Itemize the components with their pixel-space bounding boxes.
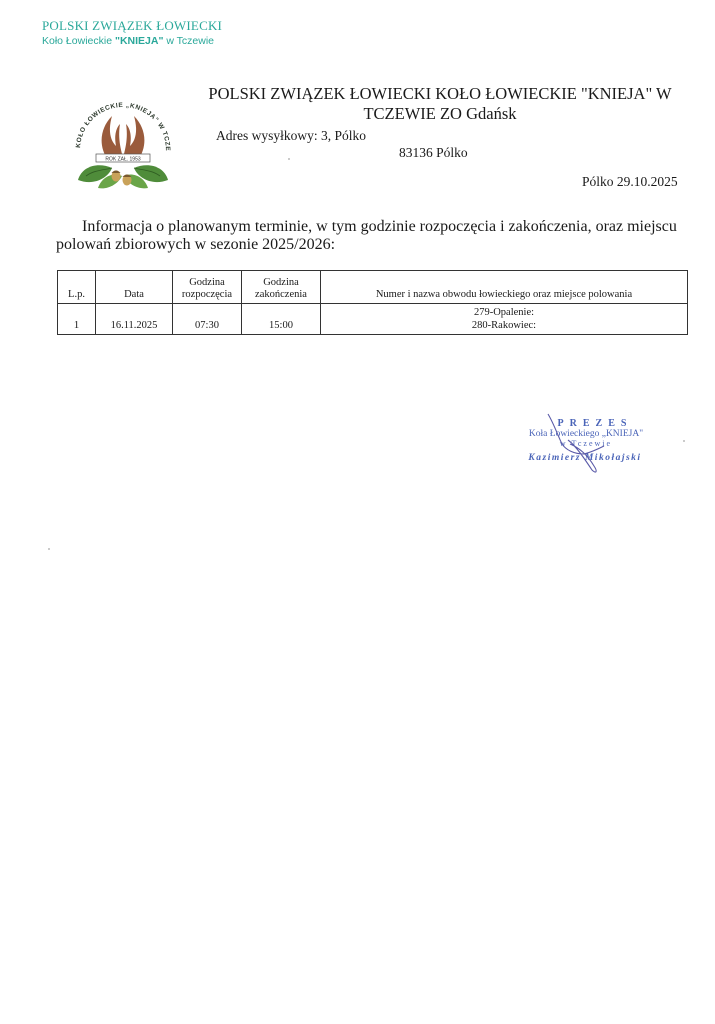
logo-banner-text: ROK ZAŁ. 1953 xyxy=(105,156,141,162)
president-signature-stamp: PREZES Koła Łowieckiego „KNIEJA" w Tczew… xyxy=(500,418,660,463)
header-hunting-area: Numer i nazwa obwodu łowieckiego oraz mi… xyxy=(321,271,688,304)
antlers-oak-leaves-icon: KOŁO ŁOWIECKIE „KNIEJA" W TCZEWIE ROK ZA… xyxy=(68,88,178,193)
club-stamp-header: POLSKI ZWIĄZEK ŁOWIECKI Koło Łowieckie "… xyxy=(42,18,222,47)
handwritten-signature-icon xyxy=(540,410,620,480)
header-date: Data xyxy=(96,271,173,304)
stamp-line-1: POLSKI ZWIĄZEK ŁOWIECKI xyxy=(42,18,222,34)
club-logo: KOŁO ŁOWIECKIE „KNIEJA" W TCZEWIE ROK ZA… xyxy=(68,88,178,193)
scan-speck xyxy=(288,158,290,160)
intro-paragraph: Informacja o planowanym terminie, w tym … xyxy=(56,218,696,254)
scan-speck xyxy=(683,440,685,442)
header-start-time: Godzinarozpoczęcia xyxy=(173,271,242,304)
header-end-time: Godzinazakończenia xyxy=(242,271,321,304)
organization-name: POLSKI ZWIĄZEK ŁOWIECKI KOŁO ŁOWIECKIE "… xyxy=(190,84,690,124)
stamp-line-2: Koło Łowieckie "KNIEJA" w Tczewie xyxy=(42,35,222,47)
cell-hunting-area: 279-Opalenie:280-Rakowiec: xyxy=(321,304,688,335)
shipping-address: Adres wysyłkowy: 3, Pólko xyxy=(216,128,366,144)
cell-date: 16.11.2025 xyxy=(96,304,173,335)
postal-code-city: 83136 Pólko xyxy=(399,145,468,161)
place-and-date: Pólko 29.10.2025 xyxy=(582,174,678,190)
cell-lp: 1 xyxy=(58,304,96,335)
scan-speck xyxy=(48,548,50,550)
table-header-row: L.p. Data Godzinarozpoczęcia Godzinazako… xyxy=(58,271,688,304)
table-row: 1 16.11.2025 07:30 15:00 279-Opalenie:28… xyxy=(58,304,688,335)
cell-end-time: 15:00 xyxy=(242,304,321,335)
hunt-schedule-table: L.p. Data Godzinarozpoczęcia Godzinazako… xyxy=(57,270,688,335)
cell-start-time: 07:30 xyxy=(173,304,242,335)
header-lp: L.p. xyxy=(58,271,96,304)
